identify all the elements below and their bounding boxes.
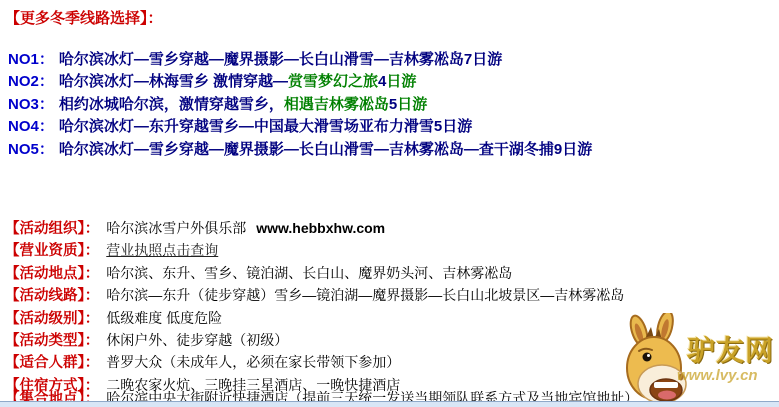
info-label: 【活动组织】： [5,221,99,237]
route-text-segment: 5 [389,96,397,113]
info-value-segment: 哈尔滨、东升、雪乡、镜泊湖、长白山、魔界奶头河、吉林雾凇岛 [106,265,512,281]
info-value-segment: 哈尔滨冰雪户外俱乐部 [106,220,246,236]
info-row: 【营业资质】：营业执照点击查询 [5,239,638,261]
watermark-site-name: 驴友网 [687,329,774,369]
info-label: 【营业资质】： [5,243,99,259]
info-row: 【活动组织】：哈尔滨冰雪户外俱乐部www.hebbxhw.com [5,217,638,239]
page: 【更多冬季线路选择】： NO1：哈尔滨冰灯—雪乡穿越—魔界摄影—长白山滑雪—吉林… [0,0,779,407]
info-label: 【活动地点】： [5,266,99,282]
site-watermark: 驴友网 www.lvy.cn [621,307,779,403]
info-list: 【活动组织】：哈尔滨冰雪户外俱乐部www.hebbxhw.com【营业资质】：营… [5,217,638,407]
info-value-segment: 哈尔滨—东升（徒步穿越）雪乡—镜泊湖—魔界摄影—长白山北坡景区—吉林雾凇岛 [106,287,624,303]
watermark-site-url: www.lvy.cn [677,367,758,384]
info-row: 【活动线路】：哈尔滨—东升（徒步穿越）雪乡—镜泊湖—魔界摄影—长白山北坡景区—吉… [5,284,638,306]
route-text-segment: 哈尔滨冰灯—雪乡穿越—魔界摄影—长白山滑雪—吉林雾凇岛7日游 [59,51,502,68]
route-text-segment: 日游 [386,73,416,90]
route-number: NO1： [8,51,54,68]
route-text-segment: 赏雪梦幻之旅 [288,73,378,90]
info-label: 【活动类型】： [5,333,99,349]
route-number: NO4： [8,118,54,135]
info-row: 【活动级别】：低级难度 低度危险 [5,307,638,329]
page-title: 【更多冬季线路选择】： [5,7,163,28]
route-number: NO3： [8,96,54,113]
info-label: 【活动级别】： [5,311,99,327]
route-item-1[interactable]: NO1：哈尔滨冰灯—雪乡穿越—魔界摄影—长白山滑雪—吉林雾凇岛7日游 [8,49,592,71]
route-text-segment: 日游 [397,96,427,113]
info-row: 【适合人群】：普罗大众（未成年人，必须在家长带领下参加） [5,351,638,373]
route-text-segment: 相约冰城哈尔滨，激情穿越雪乡， [59,96,284,113]
info-row: 【活动地点】：哈尔滨、东升、雪乡、镜泊湖、长白山、魔界奶头河、吉林雾凇岛 [5,262,638,284]
donkey-mascot-icon [621,313,693,405]
bottom-divider-strip [0,401,779,407]
info-value-segment: 低级难度 低度危险 [106,310,222,326]
info-label: 【适合人群】： [5,355,99,371]
route-text-segment: 哈尔滨冰灯—东升穿越雪乡—中国最大滑雪场亚布力滑雪5日游 [59,118,472,135]
route-number: NO2： [8,73,54,90]
route-text-segment: 哈尔滨冰灯—林海雪乡 激情穿越— [59,73,288,90]
route-list: NO1：哈尔滨冰灯—雪乡穿越—魔界摄影—长白山滑雪—吉林雾凇岛7日游NO2：哈尔… [8,49,592,161]
info-value-segment: 普罗大众（未成年人，必须在家长带领下参加） [106,354,400,370]
route-item-3[interactable]: NO3：相约冰城哈尔滨，激情穿越雪乡，相遇吉林雾凇岛5日游 [8,94,592,116]
route-text-segment: 哈尔滨冰灯—雪乡穿越—魔界摄影—长白山滑雪—吉林雾凇岛—查干湖冬捕9日游 [59,141,592,158]
license-link[interactable]: 营业执照点击查询 [106,242,218,258]
route-text-segment: 相遇吉林雾凇岛 [284,96,389,113]
info-row: 【活动类型】：休闲户外、徒步穿越（初级） [5,329,638,351]
info-label: 【活动线路】： [5,288,99,304]
route-item-5[interactable]: NO5：哈尔滨冰灯—雪乡穿越—魔界摄影—长白山滑雪—吉林雾凇岛—查干湖冬捕9日游 [8,139,592,161]
route-number: NO5： [8,141,54,158]
info-value-segment: www.hebbxhw.com [256,220,385,236]
route-item-2[interactable]: NO2：哈尔滨冰灯—林海雪乡 激情穿越—赏雪梦幻之旅4日游 [8,71,592,93]
route-item-4[interactable]: NO4：哈尔滨冰灯—东升穿越雪乡—中国最大滑雪场亚布力滑雪5日游 [8,116,592,138]
info-value-segment: 休闲户外、徒步穿越（初级） [106,332,288,348]
